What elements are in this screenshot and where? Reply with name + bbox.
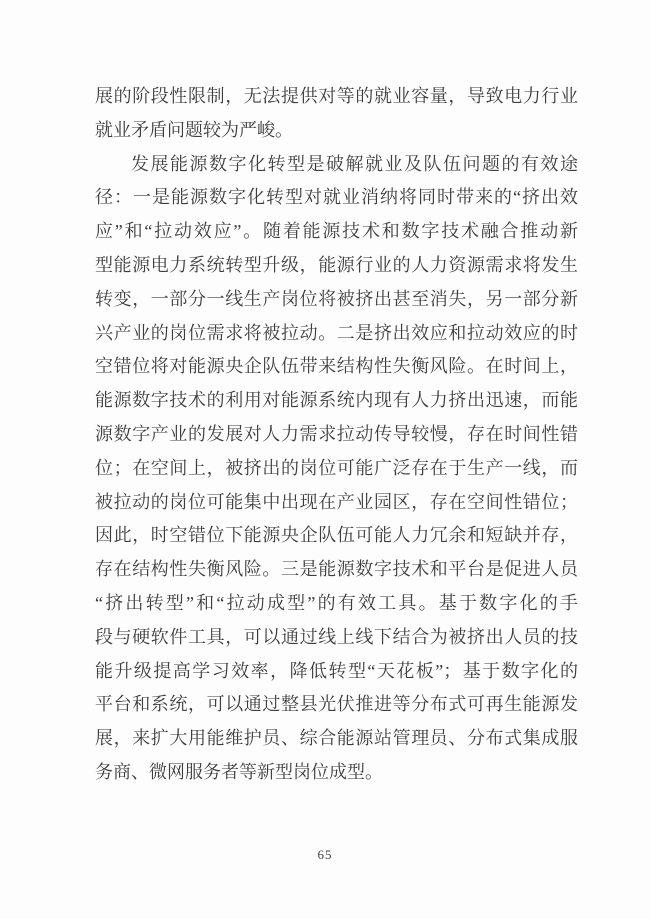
text-line: 径：一是能源数字化转型对就业消纳将同时带来的“挤出效 (95, 181, 578, 215)
text-line: 平台和系统，可以通过整县光伏推进等分布式可再生能源发 (95, 688, 578, 722)
text-line: 能升级提高学习效率，降低转型“天花板”；基于数字化的 (95, 655, 578, 689)
text-line: 转变，一部分一线生产岗位将被挤出甚至消失，另一部分新 (95, 283, 578, 317)
text-line: 段与硬软件工具，可以通过线上线下结合为被挤出人员的技 (95, 621, 578, 655)
body-text: 展的阶段性限制，无法提供对等的就业容量，导致电力行业 就业矛盾问题较为严峻。 发… (95, 80, 578, 790)
text-line: 务商、微网服务者等新型岗位成型。 (95, 756, 578, 790)
text-line: 兴产业的岗位需求将被拉动。二是挤出效应和拉动效应的时 (95, 317, 578, 351)
document-page: 展的阶段性限制，无法提供对等的就业容量，导致电力行业 就业矛盾问题较为严峻。 发… (0, 0, 650, 919)
text-line: 存在结构性失衡风险。三是能源数字技术和平台是促进人员 (95, 553, 578, 587)
text-line: 源数字产业的发展对人力需求拉动传导较慢，存在时间性错 (95, 418, 578, 452)
text-line: 位；在空间上，被挤出的岗位可能广泛存在于生产一线，而 (95, 452, 578, 486)
page-number: 65 (0, 847, 650, 863)
text-line: 空错位将对能源央企队伍带来结构性失衡风险。在时间上， (95, 350, 578, 384)
text-line: “挤出转型”和“拉动成型”的有效工具。基于数字化的手 (95, 587, 578, 621)
text-line: 被拉动的岗位可能集中出现在产业园区，存在空间性错位； (95, 486, 578, 520)
text-line: 展，来扩大用能维护员、综合能源站管理员、分布式集成服 (95, 722, 578, 756)
text-line: 应”和“拉动效应”。随着能源技术和数字技术融合推动新 (95, 215, 578, 249)
text-line: 型能源电力系统转型升级，能源行业的人力资源需求将发生 (95, 249, 578, 283)
text-line: 就业矛盾问题较为严峻。 (95, 114, 578, 148)
text-line: 因此，时空错位下能源央企队伍可能人力冗余和短缺并存， (95, 519, 578, 553)
text-line: 能源数字技术的利用对能源系统内现有人力挤出迅速，而能 (95, 384, 578, 418)
text-line: 展的阶段性限制，无法提供对等的就业容量，导致电力行业 (95, 80, 578, 114)
text-line: 发展能源数字化转型是破解就业及队伍问题的有效途 (95, 148, 578, 182)
